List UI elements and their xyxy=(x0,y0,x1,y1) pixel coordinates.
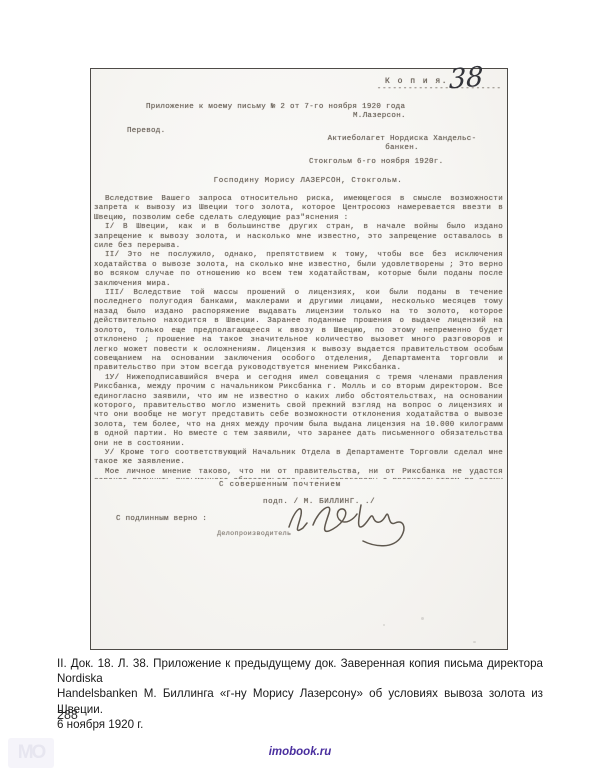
scanned-document: К о п и я. ------------------------ 38 П… xyxy=(90,68,508,650)
certified-true-copy-line: С подлинным верно : xyxy=(116,515,207,523)
handwritten-signature xyxy=(283,497,415,555)
clerk-title: Делопроизводитель xyxy=(217,530,291,538)
addressee-line: Господину Морису ЛАЗЕРСОН, Стокгольм. xyxy=(91,177,507,185)
closing-salutation: С совершенным почтением xyxy=(219,481,341,489)
letter-paragraph: III/ Вследствие той массы прошений о лиц… xyxy=(94,289,503,374)
attachment-signature: М.Лазерсон. xyxy=(353,112,406,120)
letter-paragraph: Вследствие Вашего запроса относительно р… xyxy=(94,195,503,223)
scan-speckle xyxy=(383,624,385,626)
letter-paragraph: II/ Это не послужило, однако, препятстви… xyxy=(94,251,503,289)
letter-paragraph: У/ Кроме того соответствующий Начальник … xyxy=(94,449,503,468)
imobook-link[interactable]: imobook.ru xyxy=(0,746,600,758)
letter-paragraph: Мое личное мнение таково, что ни от прав… xyxy=(94,468,503,479)
handwritten-sheet-number: 38 xyxy=(449,61,484,95)
caption-line: II. Док. 18. Л. 38. Приложение к предыду… xyxy=(57,656,543,686)
letter-body: Вследствие Вашего запроса относительно р… xyxy=(94,195,503,479)
letter-paragraph: 1У/ Нижеподписавшийся вчера и сегодня им… xyxy=(94,374,503,449)
figure-caption: II. Док. 18. Л. 38. Приложение к предыду… xyxy=(57,656,543,732)
dateline: Стокгольм 6-го ноября 1920г. xyxy=(309,158,443,166)
caption-line: Handelsbanken М. Биллинга «г-ну Морису Л… xyxy=(57,686,543,716)
scan-speckle xyxy=(421,617,424,620)
scan-speckle xyxy=(473,641,476,643)
attachment-note: Приложение к моему письму № 2 от 7-го но… xyxy=(146,103,405,111)
bank-name: Актиеболагет Нордиска Хандельс- банкен. xyxy=(317,135,487,153)
translation-label: Перевод. xyxy=(127,127,165,135)
page-number: 288 xyxy=(57,708,78,722)
caption-line: 6 ноября 1920 г. xyxy=(57,717,543,732)
letter-paragraph: I/ В Швеции, как и в большинстве других … xyxy=(94,223,503,251)
